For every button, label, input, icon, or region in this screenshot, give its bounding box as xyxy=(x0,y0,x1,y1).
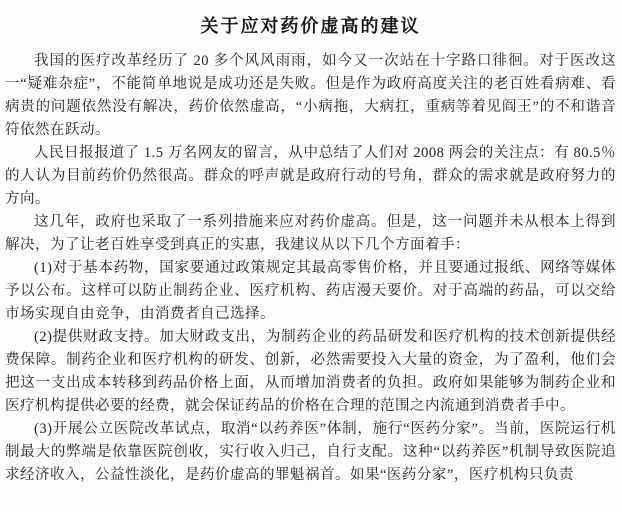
document-body: 我国的医疗改革经历了 20 多个风风雨雨，如今又一次站在十字路口徘徊。对于医改这… xyxy=(5,50,616,487)
paragraph-suggestion-1: (1)对于基本药物，国家要通过政策规定其最高零售价格，并且要通过报纸、网络等媒体… xyxy=(5,257,616,326)
paragraph-survey: 人民日报报道了 1.5 万名网友的留言，从中总结了人们对 2008 两会的关注点… xyxy=(5,142,616,211)
paragraph-suggestion-2: (2)提供财政支持。加大财政支出，为制药企业的药品研发和医疗机构的技术创新提供经… xyxy=(5,326,616,418)
paragraph-transition: 这几年，政府也采取了一系列措施来应对药价虚高。但是，这一问题并未从根本上得到解决… xyxy=(5,211,616,257)
paragraph-suggestion-3: (3)开展公立医院改革试点，取消“以药养医”体制，施行“医药分家”。当前，医院运… xyxy=(5,418,616,487)
paragraph-intro: 我国的医疗改革经历了 20 多个风风雨雨，如今又一次站在十字路口徘徊。对于医改这… xyxy=(5,50,616,142)
document-page: 关于应对药价虚高的建议 我国的医疗改革经历了 20 多个风风雨雨，如今又一次站在… xyxy=(0,0,622,512)
document-title: 关于应对药价虚高的建议 xyxy=(5,12,616,38)
